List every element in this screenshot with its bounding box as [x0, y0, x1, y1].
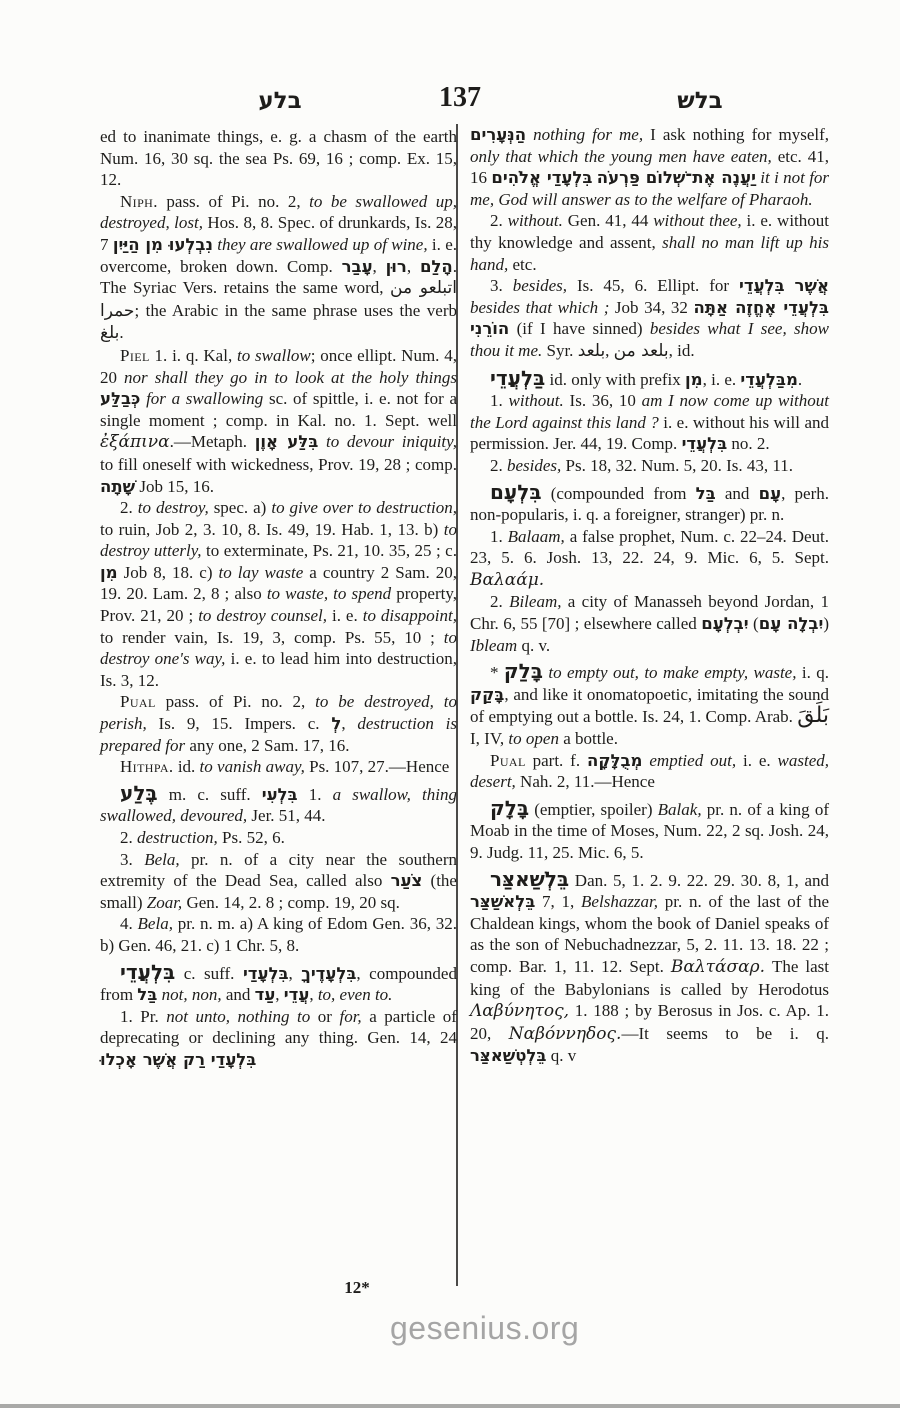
italic-text: besides that which ; [470, 298, 609, 317]
hebrew-text: בִּלְעֲדֵי [739, 276, 785, 295]
watermark: gesenius.org [390, 1308, 579, 1348]
greek-text: Βαλτάσαρ. [671, 957, 765, 977]
hebrew-text: יִבְלְעָם [701, 614, 748, 633]
italic-text: Balak, [658, 800, 702, 819]
italic-text: to destroy utterly, [100, 520, 457, 561]
paragraph: 1. without. Is. 36, 10 am I now come up … [470, 390, 829, 455]
paragraph: Hithpa. id. to vanish away, Ps. 107, 27.… [100, 756, 457, 778]
paragraph: 2. to destroy, spec. a) to give over to … [100, 497, 457, 691]
hebrew-text: אֲשֶׁר [795, 276, 829, 295]
italic-text: to vanish away, [200, 757, 305, 776]
italic-text: for a swallowing [146, 389, 263, 408]
hebrew-headword: בִּלְעָם [490, 480, 542, 504]
paragraph: 2. Bileam, a city of Manasseh beyond Jor… [470, 591, 829, 656]
italic-text: only that which the young men have eaten… [470, 147, 772, 166]
lexicon-entry: * בָּלַק to empty out, to make empty, wa… [470, 661, 829, 749]
italic-text: to, even to. [318, 985, 393, 1004]
hebrew-text: עַד [255, 985, 276, 1004]
italic-text: they are swallowed up of wine, [217, 235, 427, 254]
lexicon-entry: בִּלְעֲדֵי c. suff. בִּלְעָדַי, בִּלְעָד… [100, 962, 457, 1006]
arabic-text: بَلَقَ [797, 703, 829, 728]
hebrew-text: עֲדֵי [284, 985, 310, 1004]
hebrew-headword: בֵּלְשַׁאצַּר [490, 867, 569, 891]
hebrew-text: יִבְלָה עָם [759, 614, 824, 633]
hebrew-headword: בָּלָק [490, 796, 529, 820]
greek-text: Βαλαάμ. [470, 570, 544, 590]
hebrew-text: בִּלְעָדַי רַק אֲשֶׁר אָכְלוּ [100, 1050, 256, 1069]
paragraph: Niph. pass. of Pi. no. 2, to be swallowe… [100, 191, 457, 345]
hebrew-text: בִּלְעִי [262, 785, 298, 804]
hebrew-headword: בָּלַק [504, 659, 543, 683]
right-column: הַנְּעָרִים nothing for me, I ask nothin… [470, 124, 829, 1067]
paragraph: Pual part. f. מְבֻלָּקָה emptied out, i.… [470, 750, 829, 793]
hebrew-text: רוּן [386, 257, 407, 276]
italic-text: Zoar, [147, 893, 182, 912]
hebrew-text: הַנְּעָרִים [470, 125, 526, 144]
paragraph: 1. Balaam, a false prophet, Num. c. 22–2… [470, 526, 829, 592]
italic-text: Bela, [144, 850, 179, 869]
paragraph: הַנְּעָרִים nothing for me, I ask nothin… [470, 124, 829, 210]
paragraph: ed to inanimate things, e. g. a chasm of… [100, 126, 457, 191]
italic-text: to empty out, to make empty, waste, [548, 663, 796, 682]
hebrew-text: מְבֻלָּקָה [587, 751, 642, 770]
italic-text: to swallow [237, 346, 311, 365]
grammar-form-label: Pual [120, 692, 156, 711]
italic-text: to waste, to spend [267, 584, 391, 603]
paragraph: 1. Pr. not unto, nothing to or for, a pa… [100, 1006, 457, 1071]
hebrew-text: בֵּלְטְשַׁאצַּר [470, 1046, 546, 1065]
italic-text: Belshazzar, [581, 892, 658, 911]
italic-text: Ibleam [470, 636, 517, 655]
paragraph: 4. Bela, pr. n. m. a) A king of Edom Gen… [100, 913, 457, 956]
lexicon-entry: בַּלְעֲדֵי id. only with prefix מִן, i. … [470, 368, 829, 391]
hebrew-text: נִבְלְעוּ מִן הַיַּיִן [113, 235, 213, 254]
italic-text: without. [508, 211, 563, 230]
hebrew-text: צֹעַר [391, 871, 423, 890]
paragraph: 3. besides, Is. 45, 6. Ellipt. for בִּלְ… [470, 275, 829, 362]
paragraph: Pual pass. of Pi. no. 2, to be destroyed… [100, 691, 457, 756]
italic-text: not, non, [162, 985, 222, 1004]
syriac-arabic-text: بلغ [100, 323, 119, 343]
hebrew-text: הָלַם [420, 257, 453, 276]
hebrew-text: עָבַר [342, 257, 373, 276]
greek-text: ἐξάπινα [100, 432, 170, 452]
paragraph: 3. Bela, pr. n. of a city near the south… [100, 849, 457, 914]
hebrew-headword: בִּלְעֲדֵי [120, 960, 175, 984]
hebrew-text: בַּל [137, 985, 157, 1004]
hebrew-text: יַעֲנֶה אֶת־שְׁלוֹם פַּרְעֹה [597, 168, 756, 187]
italic-text: destruction, [137, 828, 218, 847]
italic-text: destruction is prepared for [100, 714, 457, 755]
italic-text: to destroy counsel, [198, 606, 327, 625]
hebrew-headword: בַּלְעֲדֵי [490, 366, 545, 390]
grammar-form-label: Piel [120, 346, 150, 365]
hebrew-text: בַּל [696, 484, 716, 503]
lexicon-entry: בָּלָק (emptier, spoiler) Balak, pr. n. … [470, 798, 829, 864]
grammar-form-label: Hithpa. [120, 757, 174, 776]
italic-text: nothing for me, [533, 125, 643, 144]
header-keyword-right: בלש [620, 88, 780, 114]
italic-text: to devour iniquity, [326, 432, 457, 451]
italic-text: nor shall they go in to look at the holy… [124, 368, 457, 387]
hebrew-text: כְּבַלַּע [100, 389, 140, 408]
hebrew-text: בִּלְעָדַי [243, 964, 289, 983]
italic-text: Bileam, [509, 592, 561, 611]
italic-text: without thee, [653, 211, 741, 230]
hebrew-text: בִּלַּע אָוֶן [255, 432, 319, 451]
hebrew-text: בִּלְעָדַי אֱלֹהִים [491, 168, 592, 187]
left-column: ed to inanimate things, e. g. a chasm of… [100, 126, 457, 1071]
hebrew-text: בִּלְעָדֶיךָ [301, 964, 356, 983]
grammar-form-label: Pual [490, 751, 526, 770]
italic-text: Bela, [138, 914, 173, 933]
italic-text: Balaam, [508, 527, 565, 546]
lexicon-entry: בֵּלְשַׁאצַּר Dan. 5, 1. 2. 9. 22. 29. 3… [470, 869, 829, 1067]
page-number: 137 [395, 82, 525, 114]
hebrew-text: שָׁתָה [100, 477, 135, 496]
italic-text: without. [509, 391, 564, 410]
header-keyword-left: בלע [200, 88, 360, 114]
syriac-arabic-text: اتبلعو من حمرا [100, 278, 457, 321]
italic-text: for, [339, 1007, 361, 1026]
syriac-arabic-text: بلعد [578, 341, 605, 361]
signature-mark: 12* [322, 1278, 392, 1298]
hebrew-text: מִן [100, 563, 118, 582]
hebrew-text: בִּלְעֲדֵי [682, 434, 728, 453]
hebrew-text: בֵּלְאשַׁצַּר [470, 892, 535, 911]
scan-edge [0, 1404, 900, 1408]
paragraph: Piel 1. i. q. Kal, to swallow; once elli… [100, 345, 457, 497]
hebrew-text: בָּקַק [470, 685, 504, 704]
syriac-arabic-text: بلعد من [614, 341, 669, 361]
greek-text: Ναβόννηδος. [509, 1024, 622, 1044]
hebrew-text: עָם [759, 484, 781, 503]
paragraph: 2. destruction, Ps. 52, 6. [100, 827, 457, 849]
paragraph: 2. without. Gen. 41, 44 without thee, i.… [470, 210, 829, 275]
hebrew-headword: בֶּלַע [120, 781, 158, 805]
italic-text: to destroy one's way, [100, 628, 457, 669]
book-page: בלע 137 בלש ed to inanimate things, e. g… [0, 0, 900, 1408]
italic-text: to disappoint, [363, 606, 457, 625]
hebrew-text: לְ [331, 714, 341, 733]
italic-text: to give over to destruction, [271, 498, 457, 517]
lexicon-entry: בֶּלַע m. c. suff. בִּלְעִי 1. a swallow… [100, 783, 457, 827]
italic-text: shall no man lift up his hand, [470, 233, 829, 274]
italic-text: emptied out, [649, 751, 736, 770]
paragraph: 2. besides, Ps. 18, 32. Num. 5, 20. Is. … [470, 455, 829, 477]
hebrew-text: מִן [685, 370, 703, 389]
italic-text: to lay waste [219, 563, 304, 582]
italic-text: to open [508, 729, 559, 748]
italic-text: not unto, nothing to [166, 1007, 310, 1026]
lexicon-entry: בִּלְעָם (compounded from בַּל and עָם, … [470, 482, 829, 526]
italic-text: besides, [513, 276, 567, 295]
grammar-form-label: Niph. [120, 192, 158, 211]
hebrew-text: מִבַּלְעֲדֵי [740, 370, 798, 389]
italic-text: to destroy, [138, 498, 209, 517]
italic-text: besides, [507, 456, 561, 475]
greek-text: Λαβύνητος, [470, 1001, 569, 1021]
